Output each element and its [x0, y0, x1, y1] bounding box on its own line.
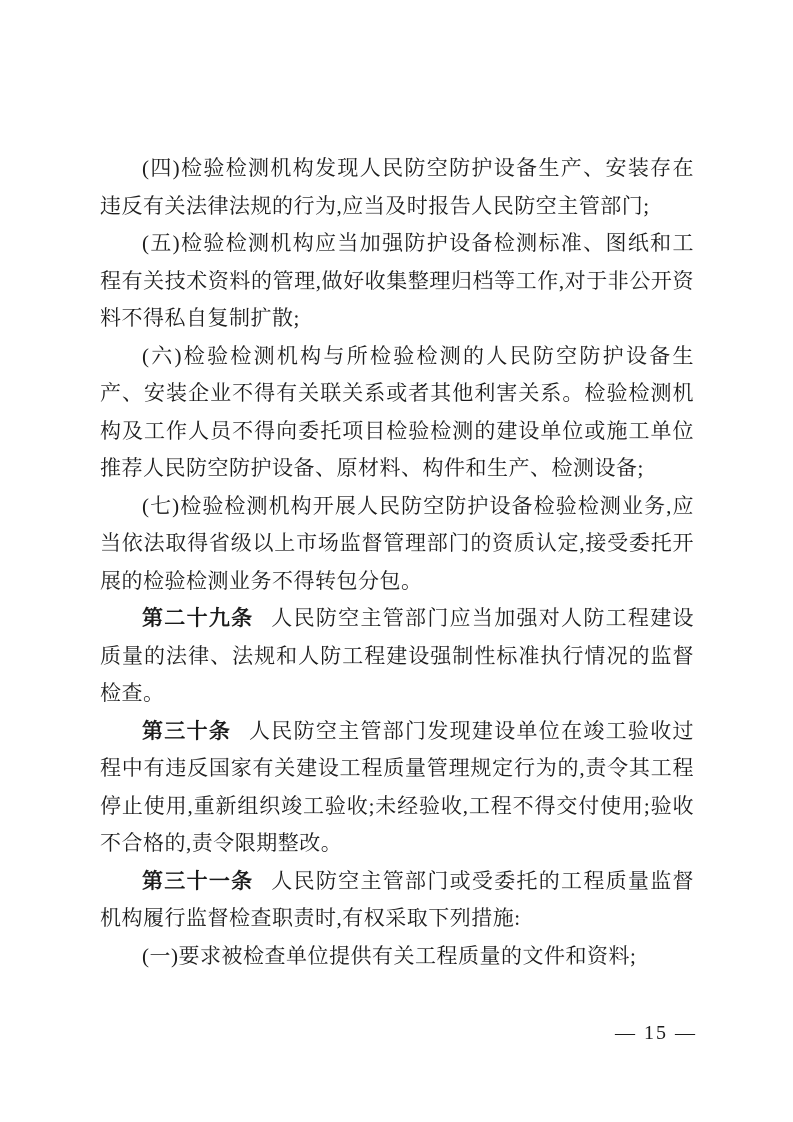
clause-item-7-text: (七)检验检测机构开展人民防空防护设备检验检测业务,应当依法取得省级以上市场监督…	[100, 494, 694, 593]
article-29: 第二十九条人民防空主管部门应当加强对人防工程建设质量的法律、法规和人防工程建设强…	[100, 600, 694, 713]
clause-item-7: (七)检验检测机构开展人民防空防护设备检验检测业务,应当依法取得省级以上市场监督…	[100, 488, 694, 601]
article-31: 第三十一条人民防空主管部门或受委托的工程质量监督机构履行监督检查职责时,有权采取…	[100, 863, 694, 938]
clause-item-5: (五)检验检测机构应当加强防护设备检测标准、图纸和工程有关技术资料的管理,做好收…	[100, 225, 694, 338]
clause-item-1: (一)要求被检查单位提供有关工程质量的文件和资料;	[100, 938, 694, 976]
article-30-heading: 第三十条	[142, 720, 231, 743]
article-31-heading: 第三十一条	[142, 870, 253, 893]
article-30: 第三十条人民防空主管部门发现建设单位在竣工验收过程中有违反国家有关建设工程质量管…	[100, 713, 694, 863]
clause-item-4-text: (四)检验检测机构发现人民防空防护设备生产、安装存在违反有关法律法规的行为,应当…	[100, 156, 694, 218]
clause-item-6: (六)检验检测机构与所检验检测的人民防空防护设备生产、安装企业不得有关联关系或者…	[100, 338, 694, 488]
clause-item-6-text: (六)检验检测机构与所检验检测的人民防空防护设备生产、安装企业不得有关联关系或者…	[100, 344, 694, 481]
clause-item-5-text: (五)检验检测机构应当加强防护设备检测标准、图纸和工程有关技术资料的管理,做好收…	[100, 231, 694, 330]
clause-item-4: (四)检验检测机构发现人民防空防护设备生产、安装存在违反有关法律法规的行为,应当…	[100, 150, 694, 225]
article-29-heading: 第二十九条	[142, 607, 253, 630]
document-text-block: (四)检验检测机构发现人民防空防护设备生产、安装存在违反有关法律法规的行为,应当…	[100, 150, 694, 975]
page-number: — 15 —	[615, 1022, 697, 1045]
document-page: (四)检验检测机构发现人民防空防护设备生产、安装存在违反有关法律法规的行为,应当…	[0, 0, 793, 1122]
clause-item-1-text: (一)要求被检查单位提供有关工程质量的文件和资料;	[142, 944, 636, 968]
